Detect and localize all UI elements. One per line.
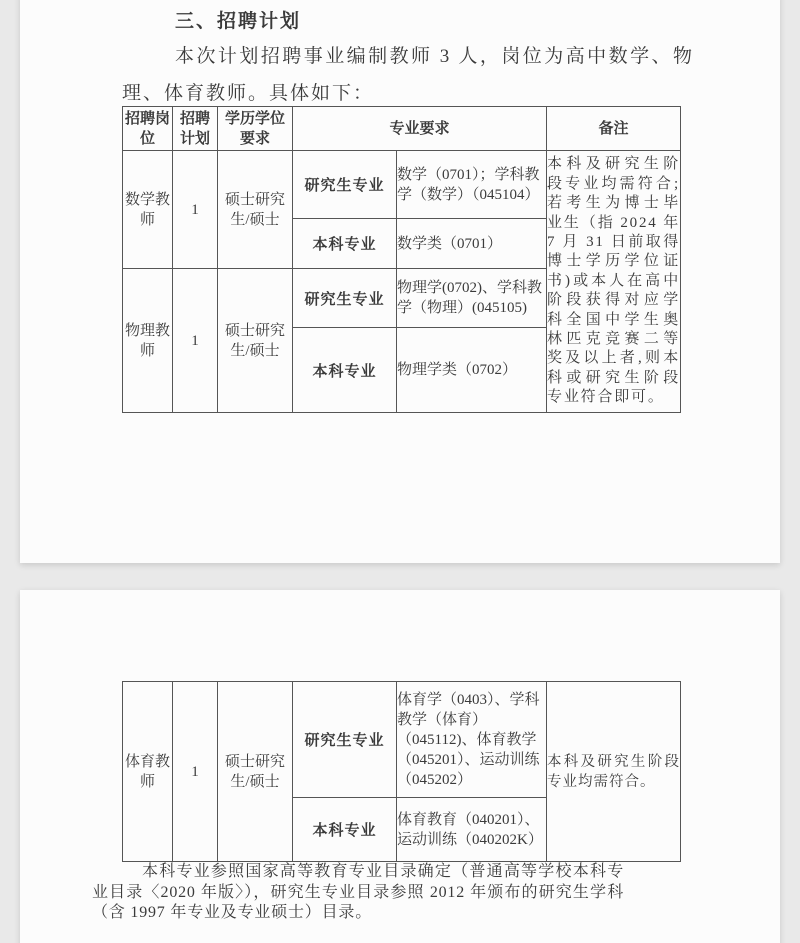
header-position: 招聘岗位 [123, 107, 173, 151]
recruitment-table-page1: 招聘岗位 招聘计划 学历学位要求 专业要求 备注 数学教师 1 硕士研究生/硕士… [122, 106, 681, 413]
cell-pe-degree: 硕士研究生/硕士 [218, 682, 293, 862]
intro-paragraph: 本次计划招聘事业编制教师 3 人，岗位为高中数学、物理、体育教师。具体如下： [122, 38, 694, 112]
recruitment-table-page2: 体育教师 1 硕士研究生/硕士 研究生专业 体育学（0403）、学科教学（体育）… [122, 681, 681, 862]
cell-physics-ug-majors: 物理学类（0702） [397, 328, 547, 413]
cell-math-count: 1 [173, 151, 218, 269]
cell-pe-ug-majors: 体育教育（040201）、运动训练（040202K） [397, 798, 547, 862]
cell-physics-grad-label: 研究生专业 [293, 269, 397, 328]
table-row-math-grad: 数学教师 1 硕士研究生/硕士 研究生专业 数学（0701）；学科教学（数学）（… [123, 151, 681, 219]
header-degree: 学历学位要求 [218, 107, 293, 151]
cell-physics-count: 1 [173, 269, 218, 413]
cell-math-grad-majors: 数学（0701）；学科教学（数学）（045104） [397, 151, 547, 219]
cell-math-ug-majors: 数学类（0701） [397, 219, 547, 269]
table-row-pe-grad: 体育教师 1 硕士研究生/硕士 研究生专业 体育学（0403）、学科教学（体育）… [123, 682, 681, 798]
cell-physics-grad-majors: 物理学(0702)、学科教学（物理）(045105) [397, 269, 547, 328]
document-page-1: 三、招聘计划 本次计划招聘事业编制教师 3 人，岗位为高中数学、物理、体育教师。… [20, 0, 780, 563]
cell-physics-position: 物理教师 [123, 269, 173, 413]
cell-physics-ug-label: 本科专业 [293, 328, 397, 413]
footnote-paragraph: 本科专业参照国家高等教育专业目录确定（普通高等学校本科专业目录〈2020 年版〉… [92, 862, 624, 924]
header-major: 专业要求 [293, 107, 547, 151]
cell-pe-grad-majors: 体育学（0403）、学科教学（体育）（045112)、体育教学（045201）、… [397, 682, 547, 798]
cell-table1-remark: 本科及研究生阶段专业均需符合;若考生为博士毕业生（指 2024 年 7 月 31… [547, 151, 681, 413]
section-heading: 三、招聘计划 [175, 6, 301, 33]
cell-table2-remark: 本科及研究生阶段专业均需符合。 [547, 682, 681, 862]
table-header-row: 招聘岗位 招聘计划 学历学位要求 专业要求 备注 [123, 107, 681, 151]
cell-math-degree: 硕士研究生/硕士 [218, 151, 293, 269]
header-remark: 备注 [547, 107, 681, 151]
header-count: 招聘计划 [173, 107, 218, 151]
cell-math-position: 数学教师 [123, 151, 173, 269]
cell-pe-ug-label: 本科专业 [293, 798, 397, 862]
document-page-2: 体育教师 1 硕士研究生/硕士 研究生专业 体育学（0403）、学科教学（体育）… [20, 590, 780, 943]
cell-physics-degree: 硕士研究生/硕士 [218, 269, 293, 413]
document-viewer-canvas: 三、招聘计划 本次计划招聘事业编制教师 3 人，岗位为高中数学、物理、体育教师。… [0, 0, 800, 943]
cell-math-ug-label: 本科专业 [293, 219, 397, 269]
cell-pe-position: 体育教师 [123, 682, 173, 862]
cell-pe-count: 1 [173, 682, 218, 862]
cell-math-grad-label: 研究生专业 [293, 151, 397, 219]
cell-pe-grad-label: 研究生专业 [293, 682, 397, 798]
